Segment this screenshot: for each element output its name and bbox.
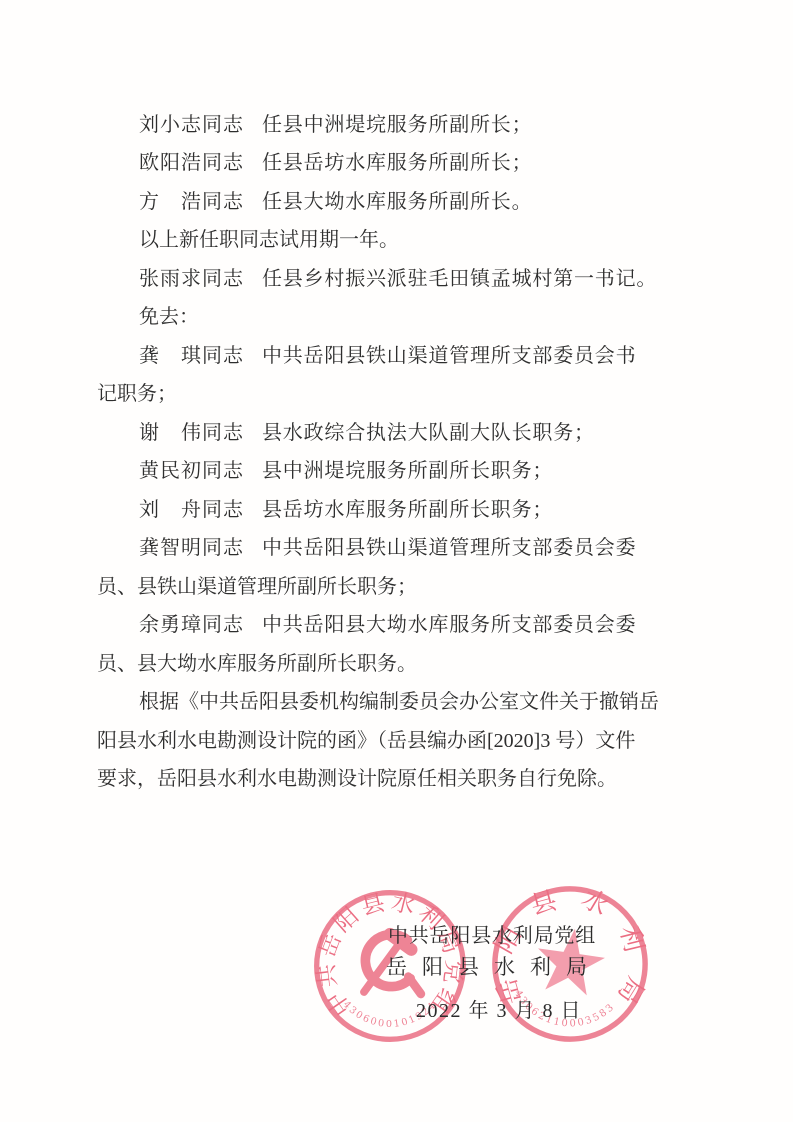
person-name: 龚智明同志 — [97, 531, 262, 560]
continuation-line: 要求，岳阳县水利水电勘测设计院原任相关职务自行免除。 — [97, 758, 737, 797]
person-name: 余勇璋同志 — [97, 608, 262, 637]
person-name: 方 浩同志 — [97, 185, 262, 214]
person-name: 刘小志同志 — [97, 108, 262, 137]
position-text: 任县岳坊水库服务所副所长； — [262, 146, 532, 175]
paragraph-text: 要求，岳阳县水利水电勘测设计院原任相关职务自行免除。 — [97, 762, 617, 791]
paragraph-text: 根据《中共岳阳县委机构编制委员会办公室文件关于撤销岳 — [139, 685, 659, 714]
paragraph-text: 以上新任职同志试用期一年。 — [139, 223, 399, 252]
paragraph-text: 记职务； — [97, 377, 177, 406]
section-heading: 免去： — [139, 300, 199, 329]
position-text: 中共岳阳县铁山渠道管理所支部委员会书 — [262, 339, 636, 368]
signature-org-bureau: 岳阳县水利局 — [386, 951, 602, 981]
continuation-line: 阳县水利水电勘测设计院的函》（岳县编办函[2020]3 号）文件 — [97, 719, 737, 758]
dismissal-line: 刘 舟同志 县岳坊水库服务所副所长职务； — [97, 488, 737, 527]
section-heading-line: 免去： — [97, 296, 737, 335]
paragraph-line: 根据《中共岳阳县委机构编制委员会办公室文件关于撤销岳 — [97, 681, 737, 720]
continuation-line: 记职务； — [97, 373, 737, 412]
document-page: 刘小志同志 任县中洲堤垸服务所副所长； 欧阳浩同志 任县岳坊水库服务所副所长； … — [0, 0, 793, 1122]
position-text: 任县乡村振兴派驻毛田镇孟城村第一书记。 — [262, 262, 657, 291]
dismissal-line: 黄民初同志 县中洲堤垸服务所副所长职务； — [97, 450, 737, 489]
dismissal-line: 谢 伟同志 县水政综合执法大队副大队长职务； — [97, 411, 737, 450]
person-name: 黄民初同志 — [97, 454, 262, 483]
continuation-line: 员、县大坳水库服务所副所长职务。 — [97, 642, 737, 681]
position-text: 县中洲堤垸服务所副所长职务； — [262, 454, 553, 483]
dismissal-line: 龚智明同志 中共岳阳县铁山渠道管理所支部委员会委 — [97, 527, 737, 566]
signature-date: 2022 年 3 月 8 日 — [416, 994, 582, 1023]
person-name: 谢 伟同志 — [97, 416, 262, 445]
person-name: 张雨求同志 — [97, 262, 262, 291]
position-text: 中共岳阳县大坳水库服务所支部委员会委 — [262, 608, 636, 637]
appointment-line: 欧阳浩同志 任县岳坊水库服务所副所长； — [97, 142, 737, 181]
position-text: 中共岳阳县铁山渠道管理所支部委员会委 — [262, 531, 636, 560]
person-name: 龚 琪同志 — [97, 339, 262, 368]
position-text: 任县大坳水库服务所副所长。 — [262, 185, 532, 214]
document-body: 刘小志同志 任县中洲堤垸服务所副所长； 欧阳浩同志 任县岳坊水库服务所副所长； … — [97, 103, 737, 796]
paragraph-line: 以上新任职同志试用期一年。 — [97, 219, 737, 258]
person-name: 刘 舟同志 — [97, 493, 262, 522]
position-text: 县水政综合执法大队副大队长职务； — [262, 416, 595, 445]
appointment-line: 方 浩同志 任县大坳水库服务所副所长。 — [97, 180, 737, 219]
paragraph-text: 员、县铁山渠道管理所副所长职务； — [97, 570, 417, 599]
position-text: 县岳坊水库服务所副所长职务； — [262, 493, 553, 522]
dismissal-line: 余勇璋同志 中共岳阳县大坳水库服务所支部委员会委 — [97, 604, 737, 643]
position-text: 任县中洲堤垸服务所副所长； — [262, 108, 532, 137]
appointment-line: 张雨求同志 任县乡村振兴派驻毛田镇孟城村第一书记。 — [97, 257, 737, 296]
paragraph-text: 阳县水利水电勘测设计院的函》（岳县编办函[2020]3 号）文件 — [97, 724, 635, 753]
appointment-line: 刘小志同志 任县中洲堤垸服务所副所长； — [97, 103, 737, 142]
dismissal-line: 龚 琪同志 中共岳阳县铁山渠道管理所支部委员会书 — [97, 334, 737, 373]
paragraph-text: 员、县大坳水库服务所副所长职务。 — [97, 647, 417, 676]
continuation-line: 员、县铁山渠道管理所副所长职务； — [97, 565, 737, 604]
signature-org-party-group: 中共岳阳县水利局党组 — [388, 919, 596, 948]
person-name: 欧阳浩同志 — [97, 146, 262, 175]
